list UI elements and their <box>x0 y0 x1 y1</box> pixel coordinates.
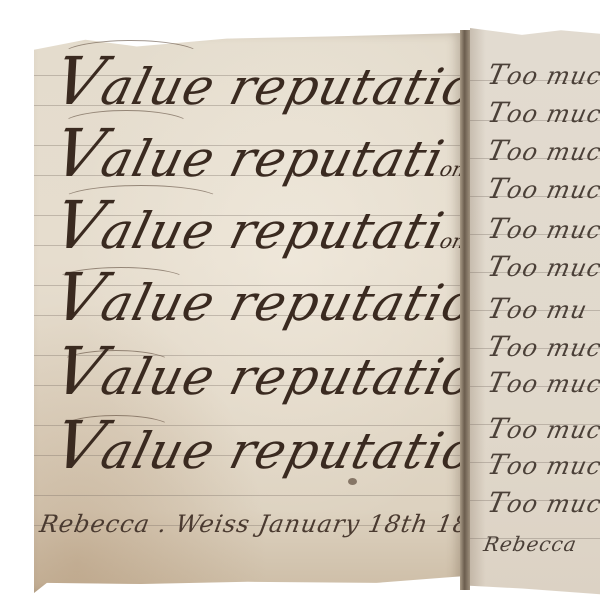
practice-line: Too mu <box>484 292 590 325</box>
ink-blot <box>348 478 357 485</box>
book-gutter <box>460 30 470 590</box>
practice-line: Too muc <box>484 448 600 481</box>
practice-line: Too much <box>484 58 600 91</box>
line-text: oo mu <box>504 296 590 324</box>
signature-line: Rebecca . Weiss January 18th 1819 <box>38 510 505 538</box>
line-text: oo muc <box>504 370 600 398</box>
line-text: oo much <box>504 62 600 90</box>
line-text: oo muc <box>504 490 600 518</box>
line-text: oo muc <box>504 254 600 282</box>
line-text: alue reputatio <box>95 58 481 116</box>
line-text: alue reputatio <box>95 422 481 480</box>
line-text: oo muc <box>504 138 600 166</box>
practice-line: Too muc <box>484 486 600 519</box>
practice-line: Too muc <box>484 134 600 167</box>
practice-line: Too much <box>484 212 600 245</box>
line-text: oo muc <box>504 334 600 362</box>
practice-line: Too muc <box>484 366 600 399</box>
practice-line: Too muc <box>484 250 600 283</box>
practice-line: Too muc <box>484 96 600 129</box>
line-text: oo muc <box>504 176 600 204</box>
line-text: oo muc <box>504 452 600 480</box>
line-text: alue reputati <box>95 202 450 260</box>
practice-line: Too muc <box>484 330 600 363</box>
line-text: oo muc <box>504 100 600 128</box>
practice-line: Value reputation <box>44 268 496 343</box>
photo-scene: Value reputation Value reputation Value … <box>0 0 600 600</box>
line-text: oo much <box>504 216 600 244</box>
signature-line: Rebecca <box>482 532 579 556</box>
ruled-line <box>34 495 462 496</box>
line-text: alue reputati <box>95 130 450 188</box>
line-text: alue reputatio <box>95 348 481 406</box>
line-text: alue reputatio <box>95 274 481 332</box>
practice-line: Too muc <box>484 172 600 205</box>
practice-line: Value reputation <box>44 416 496 491</box>
practice-line: Value reputation <box>44 342 496 417</box>
practice-line: Too muc <box>484 412 600 445</box>
line-text: oo muc <box>504 416 600 444</box>
